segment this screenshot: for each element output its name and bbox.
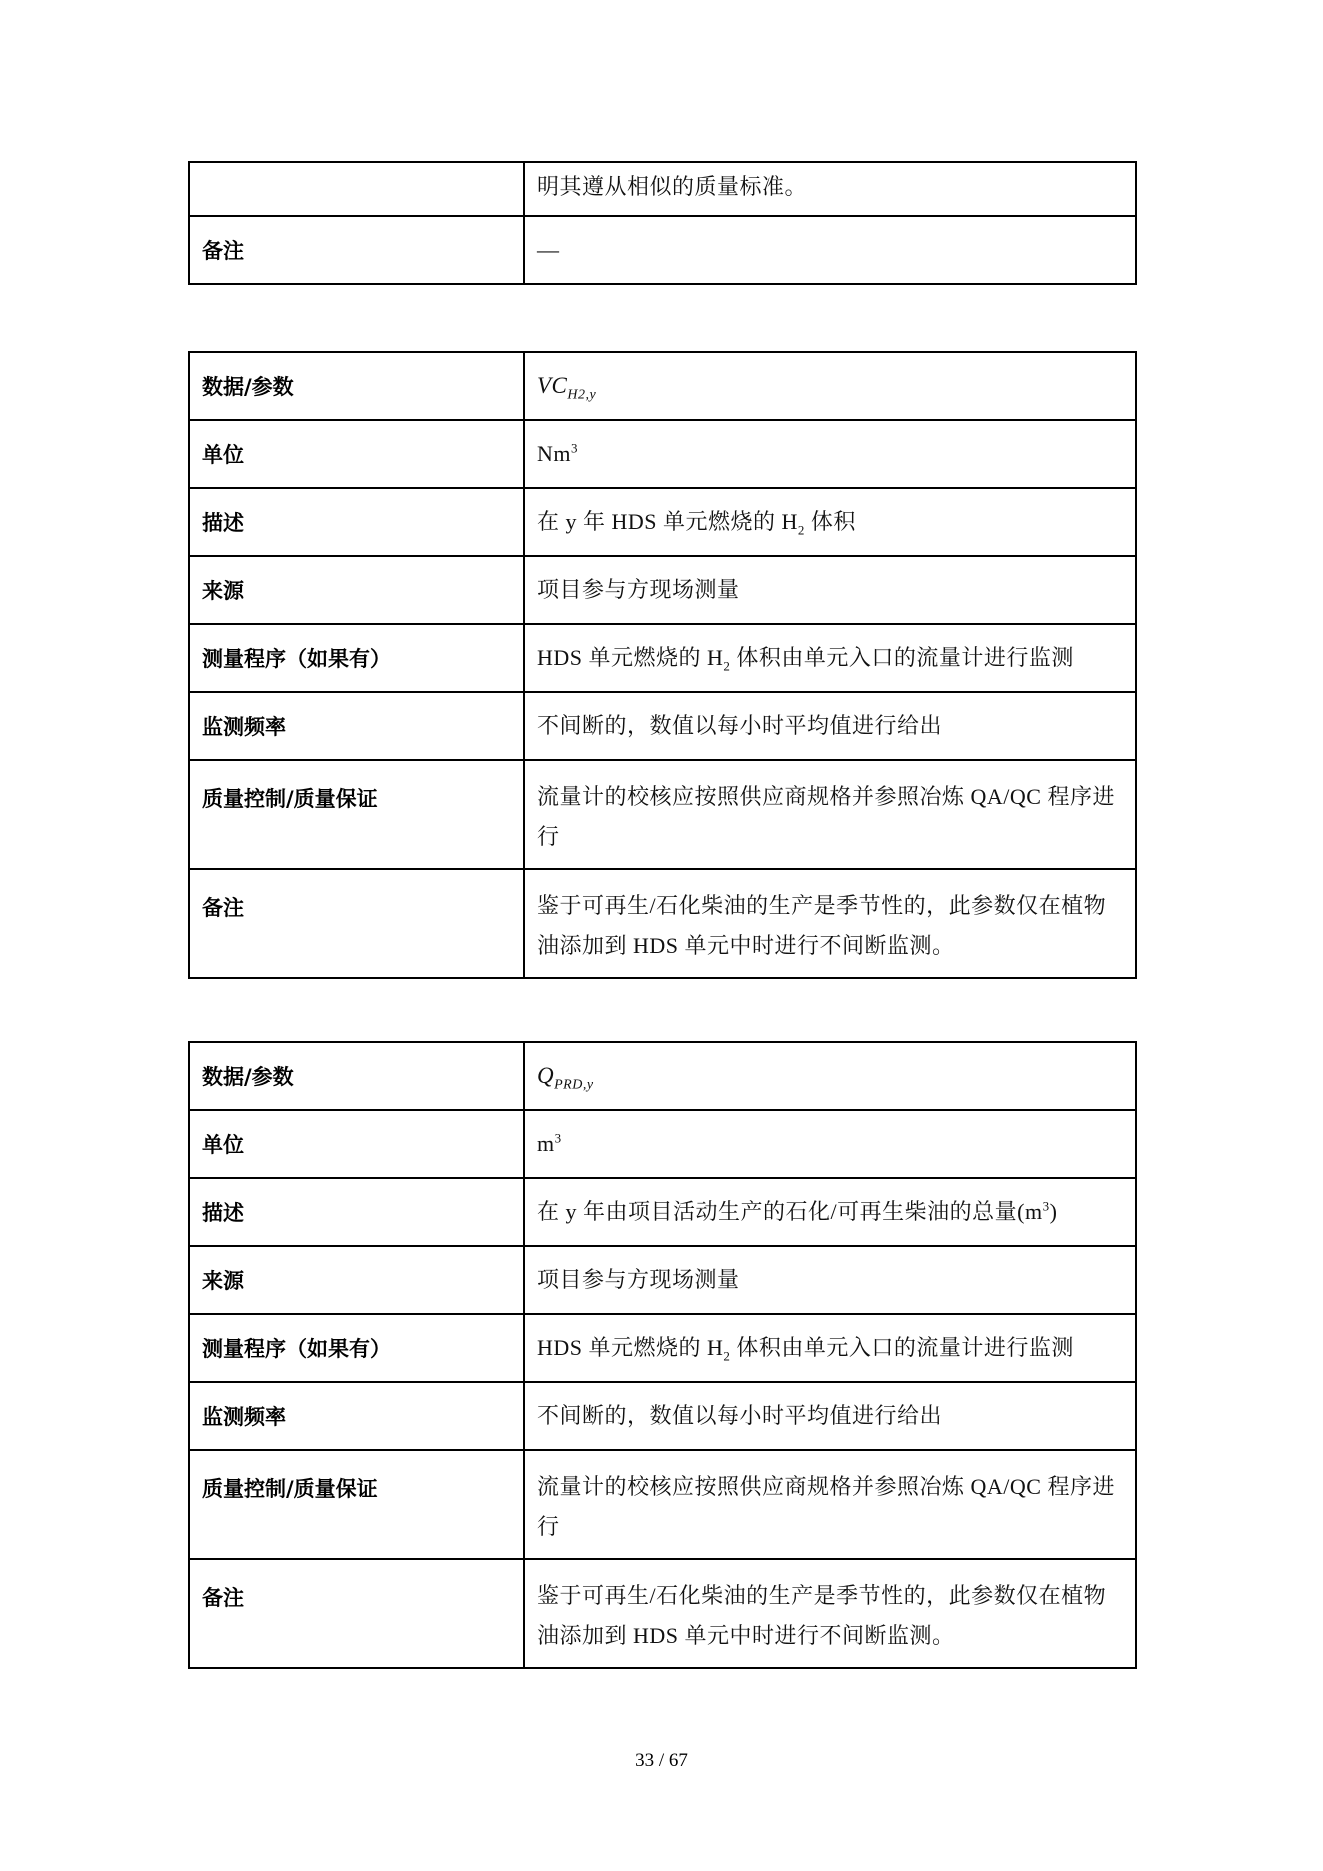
frequency-label: 监测频率: [189, 692, 524, 760]
page-number: 33 / 67: [0, 1750, 1323, 1772]
table-row-parameter: 数据/参数 VCH2,y: [189, 352, 1136, 420]
symbol-main: VC: [537, 373, 567, 398]
table-row-remarks: 备注 鉴于可再生/石化柴油的生产是季节性的，此参数仅在植物油添加到 HDS 单元…: [189, 1559, 1136, 1668]
frequency-label: 监测频率: [189, 1382, 524, 1450]
table-row-source: 来源 项目参与方现场测量: [189, 1246, 1136, 1314]
parameter-symbol: VCH2,y: [524, 352, 1136, 420]
unit-main: Nm: [537, 441, 571, 466]
unit-value: m3: [524, 1110, 1136, 1178]
procedure-label: 测量程序（如果有）: [189, 624, 524, 692]
table-row-procedure: 测量程序（如果有） HDS 单元燃烧的 H2 体积由单元入口的流量计进行监测: [189, 1314, 1136, 1382]
source-label: 来源: [189, 556, 524, 624]
procedure-value: HDS 单元燃烧的 H2 体积由单元入口的流量计进行监测: [524, 1314, 1136, 1382]
parameter-label: 数据/参数: [189, 1042, 524, 1110]
source-value: 项目参与方现场测量: [524, 1246, 1136, 1314]
qaqc-label: 质量控制/质量保证: [189, 1450, 524, 1559]
remarks-value: —: [524, 216, 1136, 284]
description-value: 在 y 年 HDS 单元燃烧的 H2 体积: [524, 488, 1136, 556]
procedure-value: HDS 单元燃烧的 H2 体积由单元入口的流量计进行监测: [524, 624, 1136, 692]
symbol-subscript: H2,y: [567, 387, 596, 402]
parameter-table-q-prd: 数据/参数 QPRD,y 单位 m3 描述 在 y 年由项目活动生产的石化/可再…: [188, 1041, 1137, 1669]
qaqc-label: 质量控制/质量保证: [189, 760, 524, 869]
table-row-qaqc: 质量控制/质量保证 流量计的校核应按照供应商规格并参照冶炼 QA/QC 程序进行: [189, 1450, 1136, 1559]
parameter-symbol: QPRD,y: [524, 1042, 1136, 1110]
frequency-value: 不间断的，数值以每小时平均值进行给出: [524, 692, 1136, 760]
qaqc-value: 流量计的校核应按照供应商规格并参照冶炼 QA/QC 程序进行: [524, 760, 1136, 869]
unit-label: 单位: [189, 420, 524, 488]
description-subscript: 2: [798, 522, 805, 537]
parameter-label: 数据/参数: [189, 352, 524, 420]
table-row-unit: 单位 m3: [189, 1110, 1136, 1178]
description-text: 在 y 年由项目活动生产的石化/可再生柴油的总量(m: [537, 1199, 1043, 1224]
remarks-label: 备注: [189, 1559, 524, 1668]
remarks-value: 鉴于可再生/石化柴油的生产是季节性的，此参数仅在植物油添加到 HDS 单元中时进…: [524, 1559, 1136, 1668]
description-superscript: 3: [1043, 1199, 1050, 1214]
procedure-text-end: 体积由单元入口的流量计进行监测: [730, 1335, 1074, 1360]
row-label: [189, 162, 524, 216]
table-row-qaqc: 质量控制/质量保证 流量计的校核应按照供应商规格并参照冶炼 QA/QC 程序进行: [189, 760, 1136, 869]
remarks-label: 备注: [189, 216, 524, 284]
procedure-text: HDS 单元燃烧的 H: [537, 1335, 723, 1360]
source-value: 项目参与方现场测量: [524, 556, 1136, 624]
continuation-table: 明其遵从相似的质量标准。 备注 —: [188, 161, 1137, 285]
symbol-subscript: PRD,y: [554, 1077, 593, 1092]
description-text-end: ): [1050, 1199, 1058, 1224]
unit-superscript: 3: [571, 441, 578, 456]
description-value: 在 y 年由项目活动生产的石化/可再生柴油的总量(m3): [524, 1178, 1136, 1246]
unit-superscript: 3: [555, 1131, 562, 1146]
procedure-text: HDS 单元燃烧的 H: [537, 645, 723, 670]
procedure-text-end: 体积由单元入口的流量计进行监测: [730, 645, 1074, 670]
table-row-parameter: 数据/参数 QPRD,y: [189, 1042, 1136, 1110]
table-row-description: 描述 在 y 年 HDS 单元燃烧的 H2 体积: [189, 488, 1136, 556]
table-row: 明其遵从相似的质量标准。: [189, 162, 1136, 216]
table-row: 备注 —: [189, 216, 1136, 284]
description-label: 描述: [189, 488, 524, 556]
unit-value: Nm3: [524, 420, 1136, 488]
unit-main: m: [537, 1131, 555, 1156]
table-row-frequency: 监测频率 不间断的，数值以每小时平均值进行给出: [189, 1382, 1136, 1450]
remarks-label: 备注: [189, 869, 524, 978]
description-text: 在 y 年 HDS 单元燃烧的 H: [537, 509, 798, 534]
table-row-description: 描述 在 y 年由项目活动生产的石化/可再生柴油的总量(m3): [189, 1178, 1136, 1246]
table-row-source: 来源 项目参与方现场测量: [189, 556, 1136, 624]
description-label: 描述: [189, 1178, 524, 1246]
remarks-value: 鉴于可再生/石化柴油的生产是季节性的，此参数仅在植物油添加到 HDS 单元中时进…: [524, 869, 1136, 978]
description-text-end: 体积: [805, 509, 856, 534]
procedure-label: 测量程序（如果有）: [189, 1314, 524, 1382]
parameter-table-vc-h2: 数据/参数 VCH2,y 单位 Nm3 描述 在 y 年 HDS 单元燃烧的 H…: [188, 351, 1137, 979]
unit-label: 单位: [189, 1110, 524, 1178]
table-row-procedure: 测量程序（如果有） HDS 单元燃烧的 H2 体积由单元入口的流量计进行监测: [189, 624, 1136, 692]
table-row-unit: 单位 Nm3: [189, 420, 1136, 488]
qaqc-value: 流量计的校核应按照供应商规格并参照冶炼 QA/QC 程序进行: [524, 1450, 1136, 1559]
source-label: 来源: [189, 1246, 524, 1314]
frequency-value: 不间断的，数值以每小时平均值进行给出: [524, 1382, 1136, 1450]
table-row-remarks: 备注 鉴于可再生/石化柴油的生产是季节性的，此参数仅在植物油添加到 HDS 单元…: [189, 869, 1136, 978]
table-row-frequency: 监测频率 不间断的，数值以每小时平均值进行给出: [189, 692, 1136, 760]
row-value: 明其遵从相似的质量标准。: [524, 162, 1136, 216]
symbol-main: Q: [537, 1063, 554, 1088]
